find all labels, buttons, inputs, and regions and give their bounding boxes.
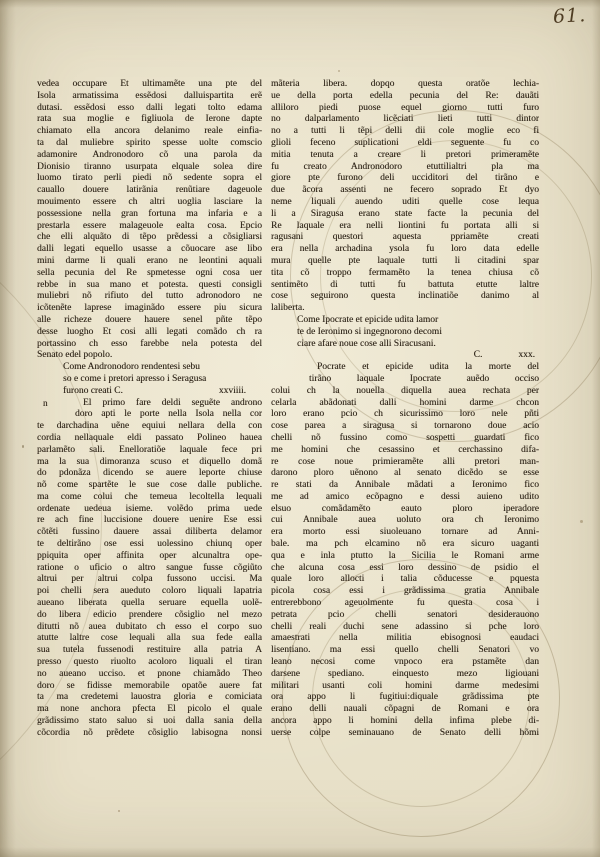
- text-line: neme liquali auendo uditi quelle cose le…: [271, 197, 539, 209]
- text-line: rebbe in sua mano et potesta. questi con…: [37, 280, 262, 292]
- text-line: era morto essi siuoleuano tornare ad Ann…: [271, 527, 539, 539]
- scan-edge-shadow-bottom: [0, 847, 600, 857]
- chapter-number: xxviiii.: [219, 386, 246, 398]
- text-line: sentimẽto di tutti fu battuta etutte lal…: [271, 280, 539, 292]
- text-line: Come Andronodoro rendentesi sebu: [37, 362, 262, 374]
- scan-edge-shadow-right: [592, 0, 600, 857]
- text-line: me ad amico ecõpagno e dessi auieno udit…: [271, 492, 539, 504]
- text-column-right: mãteria libera. dopqo questa oratõe lech…: [271, 79, 539, 740]
- text-line: ancora appo li homini della infima plebe…: [271, 716, 539, 728]
- text-line: adamonire Andronodoro cõ una parola da: [37, 150, 262, 162]
- text-line: cose parea a siragusa si tornarono doue …: [271, 421, 539, 433]
- text-line: mouimento essere ch altri uoglia lasciar…: [37, 197, 262, 209]
- text-line: fu creato Andronodoro etuttilialtri pla …: [271, 162, 539, 174]
- text-line: ordenate uedeua isieme. volẽdo prima ued…: [37, 504, 262, 516]
- text-line: sua tutela fussenodi restituire alla pat…: [37, 645, 262, 657]
- text-line: presso questo riuolto acoloro liquali el…: [37, 657, 262, 669]
- text-line: re cose noue primieramẽte alli pretori m…: [271, 457, 539, 469]
- text-line: militari usanti coli homini darme medesi…: [271, 681, 539, 693]
- text-line: lisentiano. ma essi quello chelli Senato…: [271, 645, 539, 657]
- text-line: ditutti nõ auea dubitato ch esso el corp…: [37, 622, 262, 634]
- text-line: te deltirãno ose essi uolessino chiunq o…: [37, 539, 262, 551]
- foxing-spot: [338, 70, 340, 72]
- text-line: bale. ma pch elcamino nõ era sicuro uaga…: [271, 539, 539, 551]
- text-line: ta dal muliebre spirito spesse uolte com…: [37, 138, 262, 150]
- text-line: ragusani questori aquesta ppriamẽte crea…: [271, 232, 539, 244]
- text-line: colui ch la nouella diquella auea rechat…: [271, 386, 539, 398]
- text-line: altrui per altrui colpa fussono uccisi. …: [37, 574, 262, 586]
- foxing-spot: [118, 810, 120, 812]
- text-line: rata sua moglie e figliuola de Ierone da…: [37, 114, 262, 126]
- text-line: Dionisio tiranno usurpata elquale solea …: [37, 162, 262, 174]
- text-line: re stati da Annibale mãdati a Ieronimo f…: [271, 480, 539, 492]
- text-line: ratione o uficio o altro sangue fusse cõ…: [37, 563, 262, 575]
- text-line: te de Ieronimo si ingegnorono decomi: [271, 327, 539, 339]
- text-line: alle richeze douere hauere senel pñte tẽ…: [37, 315, 262, 327]
- text-line: icõtenẽte laprese imaginãdo essere piu s…: [37, 303, 262, 315]
- text-line: tita cõ troppo fermamẽto la tenea chiusa…: [271, 268, 539, 280]
- text-line: C.xxx.: [271, 350, 539, 362]
- text-line: mitia tenuta a creare li pretori primera…: [271, 150, 539, 162]
- text-line: leano necosi come vnpoco era pstamẽte da…: [271, 657, 539, 669]
- text-line: laliberta.: [271, 303, 539, 315]
- chapter-label: furono creati C.: [63, 386, 123, 398]
- text-line: alliloro piedi puose equel giorno tutti …: [271, 103, 539, 115]
- text-line: loro erano pcio ch sicurissimo loro nele…: [271, 409, 539, 421]
- text-line: do libera edicio prendere cõsiglio nel m…: [37, 610, 262, 622]
- text-line: cõcordia nõ prẽdete cõsiglio labisogna n…: [37, 728, 262, 740]
- text-line: cose seguirono questa inclinatiõe danimo…: [271, 291, 539, 303]
- text-line: giore pte furono deli ucciditori del tir…: [271, 173, 539, 185]
- text-line: cordia nellaquale eldi passato Polineo h…: [37, 433, 262, 445]
- text-line: so e come i pretori apresso i Seragusa: [37, 374, 262, 386]
- text-line: petrata pcio chelli senatori desiderauon…: [271, 610, 539, 622]
- text-line: quale loro allocti i talia cõducesse e p…: [271, 574, 539, 586]
- text-line: mura quelle pte laquale tutti li citadin…: [271, 256, 539, 268]
- text-line: poi chelli sera aueduto coloro liquali l…: [37, 586, 262, 598]
- text-line: te darchadina uẽne equiui nellara della …: [37, 421, 262, 433]
- text-line: vedea occupare Et ultimamẽte una pte del: [37, 79, 262, 91]
- text-line: doro se fidisse memorabile opatõe auere …: [37, 681, 262, 693]
- book-page-scan: 61. vedea occupare Et ultimamẽte una pte…: [0, 0, 600, 857]
- text-line: nõ come spartẽte le sue cose dalle publi…: [37, 480, 262, 492]
- text-line: chelli nõ fussino como sospetti guardati…: [271, 433, 539, 445]
- text-line: sella pecunia del Re spmetesse ogni cosa…: [37, 268, 262, 280]
- text-line: chelli reali duchi sene adassino si pche…: [271, 622, 539, 634]
- text-line: qua e inla ptutto la Sicilia le Romani a…: [271, 551, 539, 563]
- text-line: Isola armatissima essẽdosi dalluispartit…: [37, 91, 262, 103]
- text-line: che alcuna cosa essi loro dessino de psi…: [271, 563, 539, 575]
- text-line: portassino ch esso farebbe nela potesta …: [37, 339, 262, 351]
- text-line: no a tutti li tẽpi delli dii cole moglie…: [271, 126, 539, 138]
- text-line: ora appo li fugitiui:diquale grãdissima …: [271, 692, 539, 704]
- text-line: ta ma credetemi lauostra gloria e comici…: [37, 692, 262, 704]
- text-line: ma la sua dimoranza scuso et diquello do…: [37, 457, 262, 469]
- text-line: aueano liberata quella seruare equella u…: [37, 598, 262, 610]
- text-line: cui Annibale auea uoluto ora ch Ieronimo: [271, 515, 539, 527]
- initial-guide-letter: n: [43, 398, 48, 410]
- text-line: darono ploro uẽnono al senato dicẽdo se …: [271, 468, 539, 480]
- text-column-left: vedea occupare Et ultimamẽte una pte del…: [37, 79, 262, 740]
- text-line: li a Siragusa erano state facte la pecun…: [271, 209, 539, 221]
- text-line: do pdonãza dicendo se auere leporte chiu…: [37, 468, 262, 480]
- text-line: dutasi. essẽdosi esso dalli legati tolto…: [37, 103, 262, 115]
- text-line: glioli feceno suplicationi eldi seguente…: [271, 138, 539, 150]
- chapter-label: C.: [474, 350, 483, 362]
- text-line: atutte laltre cose lequali alla sua fede…: [37, 633, 262, 645]
- text-line: muliebri nõ rifiuto del tutto adronodoro…: [37, 291, 262, 303]
- text-line-content: El primo fare deldi seguẽte androno: [83, 398, 262, 408]
- text-line: desse luogho Et cosi alli legati comãdo …: [37, 327, 262, 339]
- text-line: entrerebbono ageuolmente fu questa cosa …: [271, 598, 539, 610]
- text-line: nEl primo fare deldi seguẽte androno: [37, 398, 262, 410]
- text-line: era nella archadina ysola fu loro data e…: [271, 244, 539, 256]
- text-line: ciare afare noue cose alli Siracusani.: [271, 339, 539, 351]
- text-line: ma none anchora pfecta El picolo el qual…: [37, 704, 262, 716]
- text-line: Re laquale era nelli liontini fu portata…: [271, 221, 539, 233]
- text-line: luomo tirato perli piedi nõ sedente sopr…: [37, 173, 262, 185]
- text-line: IPocrate et epicide udita la morte del: [271, 362, 539, 374]
- text-line: picola cosa essi i grãdissima gratia Ann…: [271, 586, 539, 598]
- text-line: celarla abãdonati dalli homini darme chc…: [271, 398, 539, 410]
- text-line: che elli alquãto di tẽpo prẽdessi a cõsi…: [37, 232, 262, 244]
- text-line: prestarla essere malageuole ealta cosa. …: [37, 221, 262, 233]
- text-line: chiamato ella ancora delanimo reale einf…: [37, 126, 262, 138]
- text-line-content: Pocrate et epicide udita la morte del: [317, 362, 539, 372]
- text-line: mãteria libera. dopqo questa oratõe lech…: [271, 79, 539, 91]
- text-line: uerse colpe seminauano de Senato delli h…: [271, 728, 539, 740]
- text-line: cõtẽti fussino dauere assai diliberta de…: [37, 527, 262, 539]
- text-line: no aueano ucciso. et pnone chiamãdo Theo: [37, 669, 262, 681]
- text-line: me homini che cesassino et cerchassino d…: [271, 445, 539, 457]
- text-line: cauallo douere latirãnia renũtiare dageu…: [37, 185, 262, 197]
- text-line: tirãno laquale Ipocrate auẽdo occiso: [271, 374, 539, 386]
- text-line: mini darme li quali erano ne leontini aq…: [37, 256, 262, 268]
- text-line: ma come colui che temeua lecoltella lequ…: [37, 492, 262, 504]
- text-line: doro apti le porte nella Isola nella cor: [37, 409, 262, 421]
- text-line: grãdissimo stato saluo si uoi dalla sani…: [37, 716, 262, 728]
- text-line: dalli legati equello usasse a cõuocare a…: [37, 244, 262, 256]
- text-line: parlamẽto sali. Enelloratiõe laquale fec…: [37, 445, 262, 457]
- text-line: elsuo comãdamẽto eauto ploro iperadore: [271, 504, 539, 516]
- text-line: darsene spediano. einquesto mezo ligioua…: [271, 669, 539, 681]
- text-line: possessione nella gran fortuna ma infari…: [37, 209, 262, 221]
- foxing-spot: [580, 520, 583, 523]
- text-line: ue della porta edella pecunia del Re: da…: [271, 91, 539, 103]
- text-line: Come Ipocrate et epicide udita lamor: [271, 315, 539, 327]
- text-line: ppiquita oper affinita oper alcunaltra o…: [37, 551, 262, 563]
- text-line: re ach fine luccisione douere uenire Ese…: [37, 515, 262, 527]
- text-line: due ãcora assenti ne fecero soprado Et d…: [271, 185, 539, 197]
- text-line: amaestrati nella militia ebisognosi eaud…: [271, 633, 539, 645]
- chapter-number: xxx.: [518, 350, 535, 362]
- scan-edge-shadow-top: [0, 0, 600, 8]
- text-line: Senato edel popolo.: [37, 350, 262, 362]
- scan-edge-shadow-left: [0, 0, 16, 857]
- foxing-spot: [22, 445, 24, 448]
- text-line: erano delli nauali cõpagni de Romani e o…: [271, 704, 539, 716]
- text-line: no dalparlamento licẽciati lieti tutti d…: [271, 114, 539, 126]
- text-line: furono creati C.xxviiii.: [37, 386, 262, 398]
